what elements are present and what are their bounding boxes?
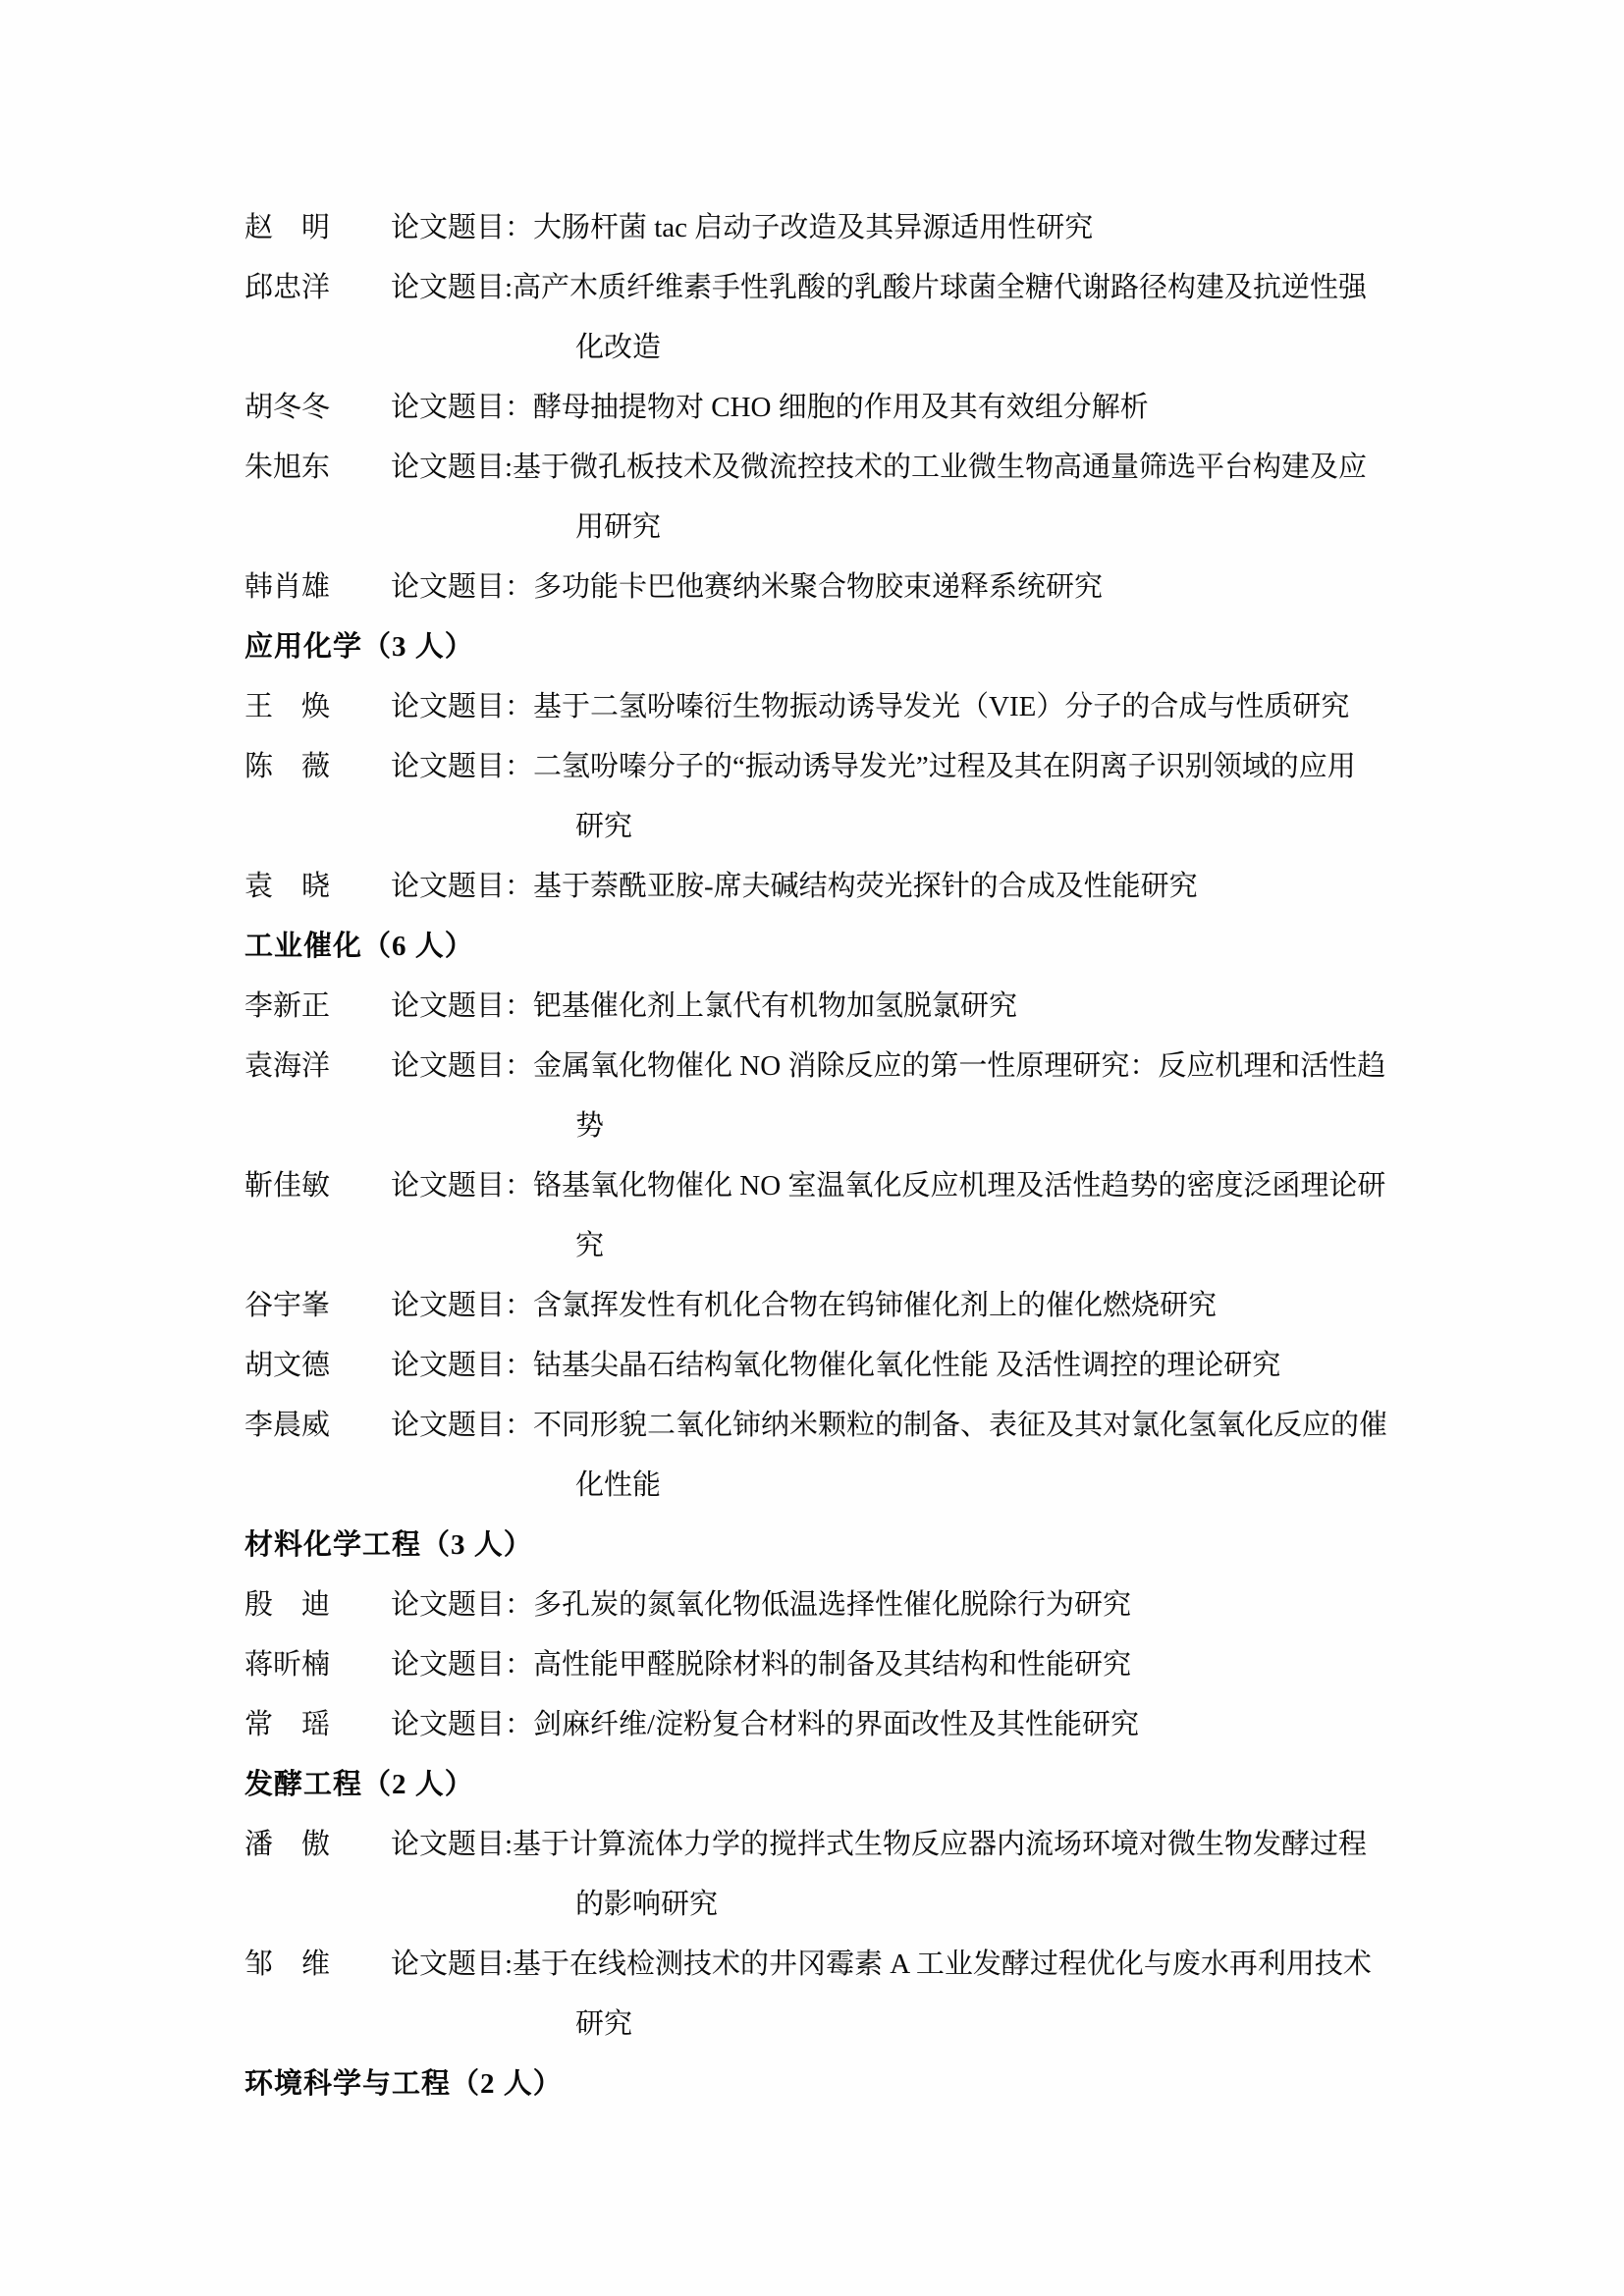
thesis-title-line: 论文题目：酵母抽提物对 CHO 细胞的作用及其有效组分解析	[391, 378, 1501, 438]
thesis-title-line: 论文题目：二氢吩嗪分子的“振动诱导发光”过程及其在阴离子识别领域的应用	[391, 737, 1501, 797]
thesis-title-line: 论文题目：剑麻纤维/淀粉复合材料的界面改性及其性能研究	[391, 1695, 1501, 1755]
thesis-title-line: 论文题目：大肠杆菌 tac 启动子改造及其异源适用性研究	[391, 198, 1501, 258]
thesis-title: 论文题目：基于萘酰亚胺-席夫碱结构荧光探针的合成及性能研究	[391, 857, 1501, 917]
thesis-entry-row: 谷宇峯论文题目：含氯挥发性有机化合物在钨铈催化剂上的催化燃烧研究	[244, 1276, 1501, 1336]
thesis-title: 论文题目：金属氧化物催化 NO 消除反应的第一性原理研究：反应机理和活性趋势	[391, 1037, 1501, 1156]
thesis-title: 论文题目：多功能卡巴他赛纳米聚合物胶束递释系统研究	[391, 558, 1501, 617]
student-name: 李新正	[244, 977, 391, 1037]
thesis-title-line: 论文题目：高性能甲醛脱除材料的制备及其结构和性能研究	[391, 1635, 1501, 1695]
thesis-title: 论文题目:高产木质纤维素手性乳酸的乳酸片球菌全糖代谢路径构建及抗逆性强化改造	[391, 258, 1501, 378]
thesis-title: 论文题目：高性能甲醛脱除材料的制备及其结构和性能研究	[391, 1635, 1501, 1695]
student-name: 袁海洋	[244, 1037, 391, 1096]
thesis-entry-row: 李晨威论文题目：不同形貌二氧化铈纳米颗粒的制备、表征及其对氯化氢氧化反应的催化性…	[244, 1396, 1501, 1516]
thesis-title-line: 论文题目:基于微孔板技术及微流控技术的工业微生物高通量筛选平台构建及应	[391, 438, 1501, 498]
student-name: 韩肖雄	[244, 558, 391, 617]
student-name: 殷 迪	[244, 1575, 391, 1635]
section-heading: 工业催化（6 人）	[244, 917, 1501, 977]
section-heading: 发酵工程（2 人）	[244, 1755, 1501, 1815]
thesis-entry-row: 蒋昕楠论文题目：高性能甲醛脱除材料的制备及其结构和性能研究	[244, 1635, 1501, 1695]
student-name: 李晨威	[244, 1396, 391, 1456]
student-name: 朱旭东	[244, 438, 391, 498]
thesis-entry-row: 赵 明论文题目：大肠杆菌 tac 启动子改造及其异源适用性研究	[244, 198, 1501, 258]
thesis-title: 论文题目:基于在线检测技术的井冈霉素 A 工业发酵过程优化与废水再利用技术研究	[391, 1935, 1501, 2055]
thesis-entry-row: 袁 晓论文题目：基于萘酰亚胺-席夫碱结构荧光探针的合成及性能研究	[244, 857, 1501, 917]
thesis-title-line: 论文题目：钯基催化剂上氯代有机物加氢脱氯研究	[391, 977, 1501, 1037]
section-heading: 环境科学与工程（2 人）	[244, 2055, 1501, 2114]
student-name: 赵 明	[244, 198, 391, 258]
thesis-title: 论文题目：二氢吩嗪分子的“振动诱导发光”过程及其在阴离子识别领域的应用研究	[391, 737, 1501, 857]
thesis-entry-row: 邱忠洋论文题目:高产木质纤维素手性乳酸的乳酸片球菌全糖代谢路径构建及抗逆性强化改…	[244, 258, 1501, 378]
thesis-title: 论文题目：剑麻纤维/淀粉复合材料的界面改性及其性能研究	[391, 1695, 1501, 1755]
thesis-title-line: 论文题目：钴基尖晶石结构氧化物催化氧化性能 及活性调控的理论研究	[391, 1336, 1501, 1396]
document-page: 赵 明论文题目：大肠杆菌 tac 启动子改造及其异源适用性研究邱忠洋论文题目:高…	[0, 0, 1624, 2296]
thesis-entry-row: 韩肖雄论文题目：多功能卡巴他赛纳米聚合物胶束递释系统研究	[244, 558, 1501, 617]
thesis-title-continuation: 势	[575, 1096, 1501, 1156]
student-name: 潘 傲	[244, 1815, 391, 1875]
student-name: 常 瑶	[244, 1695, 391, 1755]
thesis-title-line: 论文题目:高产木质纤维素手性乳酸的乳酸片球菌全糖代谢路径构建及抗逆性强	[391, 258, 1501, 318]
thesis-entry-row: 邹 维论文题目:基于在线检测技术的井冈霉素 A 工业发酵过程优化与废水再利用技术…	[244, 1935, 1501, 2055]
thesis-entry-row: 陈 薇论文题目：二氢吩嗪分子的“振动诱导发光”过程及其在阴离子识别领域的应用研究	[244, 737, 1501, 857]
thesis-title: 论文题目：含氯挥发性有机化合物在钨铈催化剂上的催化燃烧研究	[391, 1276, 1501, 1336]
thesis-entry-row: 潘 傲论文题目:基于计算流体力学的搅拌式生物反应器内流场环境对微生物发酵过程的影…	[244, 1815, 1501, 1935]
section-heading: 应用化学（3 人）	[244, 617, 1501, 677]
thesis-title-continuation: 研究	[575, 1995, 1501, 2055]
student-name: 陈 薇	[244, 737, 391, 797]
thesis-title-line: 论文题目：含氯挥发性有机化合物在钨铈催化剂上的催化燃烧研究	[391, 1276, 1501, 1336]
thesis-title-continuation: 究	[575, 1216, 1501, 1276]
thesis-title-line: 论文题目:基于在线检测技术的井冈霉素 A 工业发酵过程优化与废水再利用技术	[391, 1935, 1501, 1995]
thesis-entry-row: 王 焕论文题目：基于二氢吩嗪衍生物振动诱导发光（VIE）分子的合成与性质研究	[244, 677, 1501, 737]
thesis-title: 论文题目：钯基催化剂上氯代有机物加氢脱氯研究	[391, 977, 1501, 1037]
thesis-title-line: 论文题目:基于计算流体力学的搅拌式生物反应器内流场环境对微生物发酵过程	[391, 1815, 1501, 1875]
thesis-entry-row: 常 瑶论文题目：剑麻纤维/淀粉复合材料的界面改性及其性能研究	[244, 1695, 1501, 1755]
section-heading: 材料化学工程（3 人）	[244, 1516, 1501, 1575]
student-name: 邹 维	[244, 1935, 391, 1995]
thesis-title: 论文题目：基于二氢吩嗪衍生物振动诱导发光（VIE）分子的合成与性质研究	[391, 677, 1501, 737]
student-name: 蒋昕楠	[244, 1635, 391, 1695]
student-name: 靳佳敏	[244, 1156, 391, 1216]
thesis-entry-row: 李新正论文题目：钯基催化剂上氯代有机物加氢脱氯研究	[244, 977, 1501, 1037]
thesis-title-line: 论文题目：金属氧化物催化 NO 消除反应的第一性原理研究：反应机理和活性趋	[391, 1037, 1501, 1096]
thesis-entry-row: 胡冬冬论文题目：酵母抽提物对 CHO 细胞的作用及其有效组分解析	[244, 378, 1501, 438]
thesis-title: 论文题目：多孔炭的氮氧化物低温选择性催化脱除行为研究	[391, 1575, 1501, 1635]
thesis-title-continuation: 研究	[575, 797, 1501, 857]
thesis-title-continuation: 的影响研究	[575, 1875, 1501, 1935]
thesis-title-line: 论文题目：多功能卡巴他赛纳米聚合物胶束递释系统研究	[391, 558, 1501, 617]
thesis-entry-row: 殷 迪论文题目：多孔炭的氮氧化物低温选择性催化脱除行为研究	[244, 1575, 1501, 1635]
thesis-title-continuation: 用研究	[575, 498, 1501, 558]
thesis-title-line: 论文题目：多孔炭的氮氧化物低温选择性催化脱除行为研究	[391, 1575, 1501, 1635]
thesis-title: 论文题目:基于计算流体力学的搅拌式生物反应器内流场环境对微生物发酵过程的影响研究	[391, 1815, 1501, 1935]
thesis-title: 论文题目：铬基氧化物催化 NO 室温氧化反应机理及活性趋势的密度泛函理论研究	[391, 1156, 1501, 1276]
thesis-title-continuation: 化改造	[575, 318, 1501, 378]
thesis-entry-row: 朱旭东论文题目:基于微孔板技术及微流控技术的工业微生物高通量筛选平台构建及应用研…	[244, 438, 1501, 558]
thesis-title-line: 论文题目：不同形貌二氧化铈纳米颗粒的制备、表征及其对氯化氢氧化反应的催	[391, 1396, 1501, 1456]
thesis-entry-row: 胡文德论文题目：钴基尖晶石结构氧化物催化氧化性能 及活性调控的理论研究	[244, 1336, 1501, 1396]
thesis-entry-row: 袁海洋论文题目：金属氧化物催化 NO 消除反应的第一性原理研究：反应机理和活性趋…	[244, 1037, 1501, 1156]
thesis-title: 论文题目：钴基尖晶石结构氧化物催化氧化性能 及活性调控的理论研究	[391, 1336, 1501, 1396]
student-name: 胡文德	[244, 1336, 391, 1396]
thesis-entry-row: 靳佳敏论文题目：铬基氧化物催化 NO 室温氧化反应机理及活性趋势的密度泛函理论研…	[244, 1156, 1501, 1276]
thesis-title-continuation: 化性能	[575, 1456, 1501, 1516]
thesis-title: 论文题目：不同形貌二氧化铈纳米颗粒的制备、表征及其对氯化氢氧化反应的催化性能	[391, 1396, 1501, 1516]
thesis-title-line: 论文题目：基于二氢吩嗪衍生物振动诱导发光（VIE）分子的合成与性质研究	[391, 677, 1501, 737]
thesis-title-line: 论文题目：基于萘酰亚胺-席夫碱结构荧光探针的合成及性能研究	[391, 857, 1501, 917]
thesis-title: 论文题目：大肠杆菌 tac 启动子改造及其异源适用性研究	[391, 198, 1501, 258]
thesis-title-line: 论文题目：铬基氧化物催化 NO 室温氧化反应机理及活性趋势的密度泛函理论研	[391, 1156, 1501, 1216]
student-name: 胡冬冬	[244, 378, 391, 438]
thesis-title: 论文题目:基于微孔板技术及微流控技术的工业微生物高通量筛选平台构建及应用研究	[391, 438, 1501, 558]
student-name: 谷宇峯	[244, 1276, 391, 1336]
student-name: 袁 晓	[244, 857, 391, 917]
thesis-title: 论文题目：酵母抽提物对 CHO 细胞的作用及其有效组分解析	[391, 378, 1501, 438]
student-name: 邱忠洋	[244, 258, 391, 318]
student-name: 王 焕	[244, 677, 391, 737]
document-body: 赵 明论文题目：大肠杆菌 tac 启动子改造及其异源适用性研究邱忠洋论文题目:高…	[244, 198, 1501, 2114]
